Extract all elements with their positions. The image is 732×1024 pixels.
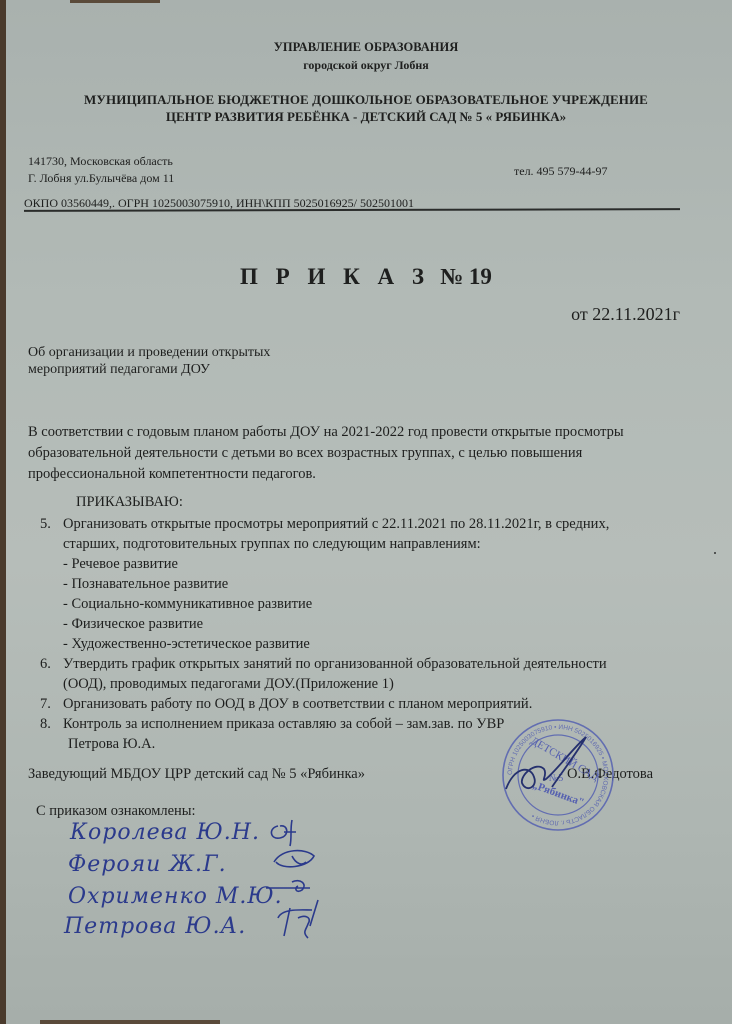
- order-item: 6. Утвердить график открытых занятий по …: [40, 654, 609, 674]
- phone: тел. 495 579-44-97: [514, 164, 608, 179]
- official-stamp-icon: ОГРН 1025003075910 • ИНН 5025016925 • МО…: [500, 717, 616, 833]
- direction-item: - Социально-коммуникативное развитие: [40, 594, 609, 614]
- direction-item: - Физическое развитие: [40, 614, 609, 634]
- preamble: В соответствии с годовым планом работы Д…: [28, 422, 624, 485]
- item-number: 8.: [40, 714, 63, 734]
- item-text: Утвердить график открытых занятий по орг…: [63, 654, 607, 674]
- background-edge: [40, 1020, 220, 1024]
- preamble-line: образовательной деятельности с детьми во…: [28, 443, 624, 464]
- address-line2: Г. Лобня ул.Булычёва дом 11: [28, 171, 174, 186]
- direction-item: - Речевое развитие: [40, 554, 609, 574]
- direction-item: - Художественно-эстетическое развитие: [40, 634, 609, 654]
- header-institution-line1: МУНИЦИПАЛЬНОЕ БЮДЖЕТНОЕ ДОШКОЛЬНОЕ ОБРАЗ…: [0, 92, 732, 108]
- item-text: Контроль за исполнением приказа оставляю…: [63, 714, 504, 734]
- acknowledgement-label: С приказом ознакомлены:: [36, 803, 196, 820]
- order-heading: ПРИКАЗЫВАЮ:: [76, 494, 183, 511]
- background-edge: [70, 0, 160, 3]
- header-district: городской округ Лобня: [0, 58, 732, 73]
- direction-item: - Познавательное развитие: [40, 574, 609, 594]
- handwritten-name: Ферояи Ж.Г.: [68, 852, 227, 877]
- item-number: 5.: [40, 514, 63, 534]
- subject-line: мероприятий педагогами ДОУ: [28, 361, 270, 378]
- title-word: П Р И К А З: [240, 264, 430, 289]
- header-department: УПРАВЛЕНИЕ ОБРАЗОВАНИЯ: [0, 40, 732, 55]
- document-title: П Р И К А З№ 19: [0, 264, 732, 290]
- item-text: Организовать открытые просмотры мероприя…: [63, 514, 609, 534]
- paper-mark: [714, 552, 716, 554]
- signatory-position: Заведующий МБДОУ ЦРР детский сад № 5 «Ря…: [28, 766, 365, 783]
- subject-line: Об организации и проведении открытых: [28, 344, 270, 361]
- header-institution-line2: ЦЕНТР РАЗВИТИЯ РЕБЁНКА - ДЕТСКИЙ САД № 5…: [0, 109, 732, 125]
- handwritten-signatures-icon: [262, 818, 372, 948]
- preamble-line: В соответствии с годовым планом работы Д…: [28, 422, 624, 443]
- order-item: 7. Организовать работу по ООД в ДОУ в со…: [40, 694, 609, 714]
- handwritten-name: Петрова Ю.А.: [64, 914, 246, 939]
- order-number: № 19: [440, 264, 492, 289]
- address-line1: 141730, Московская область: [28, 154, 173, 169]
- order-subject: Об организации и проведении открытых мер…: [28, 344, 270, 378]
- handwritten-name: Королева Ю.Н.: [70, 820, 260, 845]
- order-item: 5. Организовать открытые просмотры мероп…: [40, 514, 609, 534]
- item-number: 7.: [40, 694, 63, 714]
- item-text-continued: старших, подготовительных группах по сле…: [40, 534, 609, 554]
- order-date: от 22.11.2021г: [571, 304, 680, 325]
- item-text-continued: (ООД), проводимых педагогами ДОУ.(Прилож…: [40, 674, 609, 694]
- item-text: Организовать работу по ООД в ДОУ в соотв…: [63, 694, 532, 714]
- preamble-line: профессиональной компетентности педагого…: [28, 464, 624, 485]
- item-number: 6.: [40, 654, 63, 674]
- handwritten-name: Охрименко М.Ю.: [68, 884, 283, 909]
